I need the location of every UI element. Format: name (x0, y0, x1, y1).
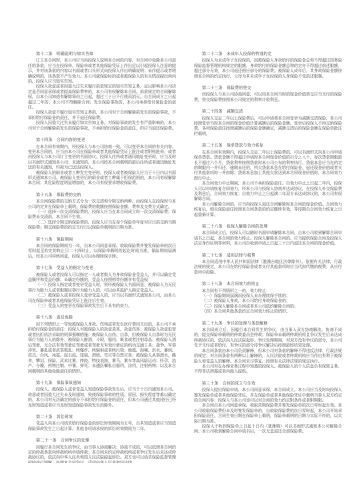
article-paragraph: 本合同效力中止期间，本公司不承担保险责任。自效力中止之日起二年内，投保人可以申请… (194, 181, 342, 202)
article-heading: 第十四条 合同内容的变更 (28, 138, 176, 143)
article-heading: 第二十五条 保单贷款与效力恢复 (194, 143, 342, 148)
article-paragraph: 因下列情形之一导致被保险人身故、伤残或者发生医疗费用支出的，本公司不承担给付保险… (28, 322, 176, 374)
document-column-left: 第十二条 明确说明与如实告知订立本合同时，本公司应当向投保人说明本合同的内容，对… (28, 51, 176, 463)
article-heading: 第十七条 受益人的指定与变更 (28, 266, 176, 271)
document-content: 第十二条 明确说明与如实告知订立本合同时，本公司应当向投保人说明本合同的内容，对… (28, 51, 342, 463)
article-heading: 第二十四条 减额交清 (194, 109, 342, 114)
article-paragraph: 本公司对在办理业务过程中知悉的投保人、被保险人的个人信息负有保密义务，不得非法泄… (194, 364, 342, 374)
article-paragraph: 本合同适用中华人民共和国法律（港澳台地区法律除外）。依照有关法律、行政法规的规定… (194, 260, 342, 276)
article-heading: 第二十一条 合同争议的处理 (28, 438, 176, 443)
article-paragraph: （三）受益人的变更在保险事故发生后不具有约束力。 (28, 304, 176, 309)
article-paragraph: （一）选择一次交清保险费的，投保人应当在本合同成立时一次交清保险费；保险费未交清… (28, 209, 176, 219)
document-column-right: 第二十二条 未成年人投保的特别约定投保人为未成年子女投保的，因被保险人身故给付的… (194, 51, 342, 463)
article-heading: 第二十条 诉讼时效 (28, 414, 176, 419)
document-scale-wrapper: 第十二条 明确说明与如实告知订立本合同时，本公司应当向投保人说明本合同的内容，对… (28, 51, 342, 463)
article-heading: 第十九条 保险事故通知 (28, 380, 176, 385)
article-heading: 第十五条 保险费的交纳 (28, 192, 176, 197)
article-heading: 第二十九条 争议的处理与条款解释 (194, 321, 342, 326)
article-heading: 第二十七条 适用法律与税费 (194, 253, 342, 258)
article-paragraph: 投保人因重大过失未履行如实告知义务，对保险事故的发生有严重影响的，本公司对于合同… (28, 121, 176, 131)
article-paragraph: 本公司解除合同的，应当向投保人退还合同解除时本合同的现金价值。合同效力恢复后，相… (194, 202, 342, 218)
article-paragraph: 本合同成立后，因履行本合同发生的争议，由当事人双方协商解决。协商不成的，提交保险… (194, 328, 342, 349)
article-paragraph: 订立本合同时，本公司应当向投保人说明本合同的内容，对合同中免除本公司责任的条款，… (28, 58, 176, 84)
article-heading: 第二十二条 未成年人投保的特别约定 (194, 52, 342, 57)
article-paragraph: 在本合同有效期内，投保人交足二年以上保险费的，可以书面形式向本公司申请保单贷款。… (194, 150, 342, 181)
article-paragraph: 被保险人或者投保人可以指定一人或者数人为身故保险金受益人，并可以确定受益顺序和受… (28, 272, 176, 282)
article-paragraph: 本合同条款由本公司负责解释，但本公司对条款的解释不得违反法律、行政法规的规定；对… (194, 348, 342, 364)
article-paragraph: 投保人提出保险申请、本公司同意承保，本合同成立。本公司应当及时向投保人签发保险单… (194, 388, 342, 404)
article-paragraph: 本合同保险费的交纳方式分为一次交清和分期交纳两种，由投保人在投保时与本公司约定并… (28, 199, 176, 209)
article-heading: 第十八条 责任免除 (28, 315, 176, 320)
article-paragraph: （二）被保险人或者投保人变更受益人的，应当以书面形式通知本公司，由本公司在保险单… (28, 293, 176, 303)
article-paragraph: 投保人交足二年以上保险费后，可以申请将本合同变更为减额交清保险，本公司按照变更当… (194, 116, 342, 137)
article-heading: 第十二条 明确说明与如实告知 (28, 52, 176, 57)
article-paragraph: 投保人为未成年子女投保的，因被保险人身故给付的保险金总和不得超过国务院保险监督管… (194, 58, 342, 79)
article-paragraph: 本合同成立后，投保人可以随时书面申请解除本合同，自本公司收到解除合同申请书之日起… (194, 231, 342, 247)
article-paragraph: 投保人故意或者因重大过失未履行前款规定的如实告知义务，足以影响本公司决定是否同意… (28, 84, 176, 110)
article-paragraph: （一）投保人指定或者变更受益人时，须经被保险人书面同意；被保险人为无民事行为能力… (28, 283, 176, 293)
article-paragraph: 本合同的保险期间为一年，自本公司同意承保、收取保险费并签发保险单的次日零时起至约… (28, 244, 176, 260)
article-heading: 第二十六条 投保人解除合同的处理 (194, 224, 342, 229)
article-paragraph: 本合同自本公司同意承保、收取首期保险费并签发保险单的次日零时起生效。本公司收取保… (194, 403, 342, 424)
article-paragraph: （二）选择分期交纳保险费的，投保人应当在每个保险单年度对应日前交纳当期保险费；期… (28, 220, 176, 230)
article-paragraph: 被保险人的职业或者工种发生变更时，投保人或者被保险人应当于十日内以书面形式通知本… (28, 170, 176, 186)
article-paragraph: 经投保人与本公司协商同意，可以用本合同当时的现金价值垫交应当支付的保险费，垫交保… (194, 92, 342, 102)
document-page: 第十二条 明确说明与如实告知订立本合同时，本公司应当向投保人说明本合同的内容，对… (0, 0, 362, 480)
article-paragraph: 投保人、被保险人或者受益人知道保险事故发生后，应当于十日内通知本公司。故意或者因… (28, 387, 176, 408)
article-paragraph: 投保人于收到保险单之日起十日内（犹豫期）可以书面形式通知本公司解除合同；本公司收… (194, 424, 342, 434)
article-heading: 第三十条 合同的成立与生效 (194, 381, 342, 386)
article-paragraph: 受益人向本公司请求给付保险金的诉讼时效期间为五年，自其知道或者应当知道保险事故发… (28, 421, 176, 431)
article-paragraph: （四）本合同其他条款约定合同效力终止的情形。 (194, 309, 342, 314)
article-paragraph: 投保人故意不履行如实告知义务的，本公司对于合同解除前发生的保险事故，不承担给付保… (28, 110, 176, 120)
article-paragraph: 因履行本合同发生的争议，由当事人协商解决；协商不成的，可以依照本合同约定的仲裁条… (28, 445, 176, 463)
document-columns: 第十二条 明确说明与如实告知订立本合同时，本公司应当向投保人说明本合同的内容，对… (28, 51, 342, 463)
article-paragraph: 在本合同有效期内，经投保人与本公司协商一致，可以变更本合同的有关内容。变更本合同… (28, 144, 176, 170)
article-heading: 第二十八条 本合同效力的终止 (194, 282, 342, 287)
article-heading: 第十六条 保险期间 (28, 237, 176, 242)
article-heading: 第二十三条 保险费的垫交 (194, 86, 342, 91)
